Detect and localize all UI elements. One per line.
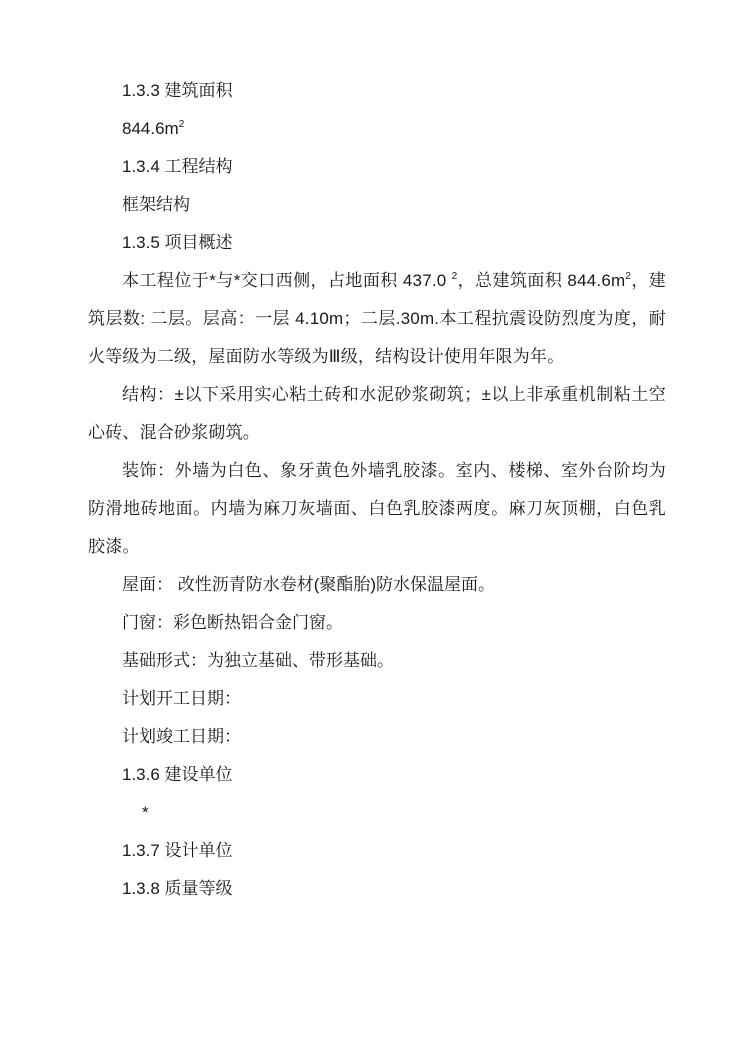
overview-text-2: ，总建筑面积 844.6m: [457, 271, 625, 290]
section-heading-owner: 1.3.6 建设单位: [88, 756, 666, 794]
decoration-paragraph: 装饰：外墙为白色、象牙黄色外墙乳胶漆。室内、楼梯、室外台阶均为防滑地砖地面。内墙…: [88, 452, 666, 566]
owner-value: *: [88, 794, 666, 832]
foundation-line: 基础形式：为独立基础、带形基础。: [88, 642, 666, 680]
doors-windows-line: 门窗：彩色断热铝合金门窗。: [88, 604, 666, 642]
section-heading-designer: 1.3.7 设计单位: [88, 832, 666, 870]
planned-start-line: 计划开工日期：: [88, 680, 666, 718]
area-superscript: 2: [179, 119, 185, 130]
overview-text-1: 本工程位于*与*交口西侧，占地面积 437.0: [122, 271, 452, 290]
section-heading-quality: 1.3.8 质量等级: [88, 870, 666, 908]
planned-end-line: 计划竣工日期：: [88, 718, 666, 756]
section-heading-area: 1.3.3 建筑面积: [88, 72, 666, 110]
section-heading-structure: 1.3.4 工程结构: [88, 148, 666, 186]
document-page: 1.3.3 建筑面积 844.6m2 1.3.4 工程结构 框架结构 1.3.5…: [88, 72, 666, 908]
roof-line: 屋面： 改性沥青防水卷材(聚酯胎)防水保温屋面。: [88, 566, 666, 604]
overview-paragraph: 本工程位于*与*交口西侧，占地面积 437.0 2，总建筑面积 844.6m2，…: [88, 262, 666, 376]
section-heading-overview: 1.3.5 项目概述: [88, 224, 666, 262]
structure-paragraph: 结构：±以下采用实心粘土砖和水泥砂浆砌筑；±以上非承重机制粘土空心砖、混合砂浆砌…: [88, 376, 666, 452]
area-value: 844.6m2: [88, 110, 666, 148]
structure-value: 框架结构: [88, 186, 666, 224]
area-number: 844.6m: [122, 119, 179, 138]
